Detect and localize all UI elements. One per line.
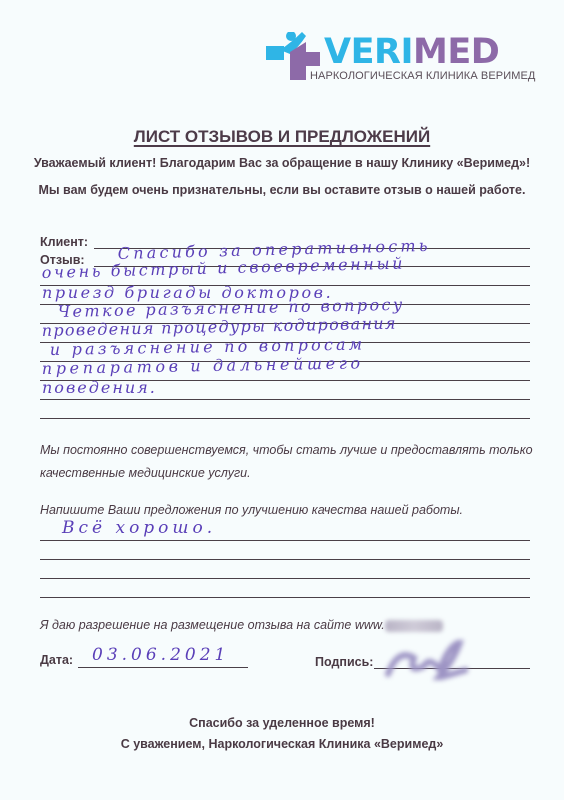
intro-line-2: Мы вам будем очень признательны, если вы…	[0, 183, 564, 197]
logo-veri: VERI	[324, 32, 413, 72]
improvement-note-line-1: Мы постоянно совершенствуемся, чтобы ста…	[40, 443, 533, 457]
footer-thanks: Спасибо за уделенное время!	[0, 716, 564, 730]
review-line-8[interactable]	[40, 399, 530, 400]
intro-line-1: Уважаемый клиент! Благодарим Вас за обра…	[0, 156, 564, 170]
document-title: ЛИСТ ОТЗЫВОВ И ПРЕДЛОЖЕНИЙ	[0, 127, 564, 147]
clinic-logo: VERIMED НАРКОЛОГИЧЕСКАЯ КЛИНИКА ВЕРИМЕД	[262, 28, 542, 88]
logo-wordmark: VERIMED	[324, 32, 499, 72]
consent-text-label: Я даю разрешение на размещение отзыва на…	[40, 618, 385, 632]
client-label: Клиент:	[40, 235, 88, 249]
footer-regards: С уважением, Наркологическая Клиника «Ве…	[0, 737, 564, 751]
feedback-form-page: VERIMED НАРКОЛОГИЧЕСКАЯ КЛИНИКА ВЕРИМЕД …	[0, 0, 564, 800]
date-field-line[interactable]	[78, 667, 248, 668]
signature-label: Подпись:	[315, 655, 373, 669]
date-handwriting: 03.06.2021	[92, 645, 229, 665]
suggestion-line-4[interactable]	[40, 597, 530, 598]
logo-med: MED	[413, 32, 499, 72]
review-line-9[interactable]	[40, 418, 530, 419]
improvement-note-line-2: качественные медицинские услуги.	[40, 466, 251, 480]
suggestions-label: Напишите Ваши предложения по улучшению к…	[40, 503, 463, 517]
date-label: Дата:	[40, 653, 73, 667]
logo-subtitle: НАРКОЛОГИЧЕСКАЯ КЛИНИКА ВЕРИМЕД	[310, 70, 535, 82]
blurred-website-url	[385, 620, 443, 632]
suggestion-line-2[interactable]	[40, 559, 530, 560]
suggestion-line-3[interactable]	[40, 578, 530, 579]
suggestion-line-1[interactable]	[40, 540, 530, 541]
consent-text: Я даю разрешение на размещение отзыва на…	[40, 618, 443, 632]
suggestion-handwriting-1: Всё хорошо.	[62, 518, 216, 538]
document-title-text: ЛИСТ ОТЗЫВОВ И ПРЕДЛОЖЕНИЙ	[134, 127, 430, 146]
review-handwriting-2: очень быстрый и своевременный	[42, 253, 406, 282]
blurred-signature	[378, 640, 468, 680]
review-handwriting-8: поведения.	[42, 378, 157, 397]
